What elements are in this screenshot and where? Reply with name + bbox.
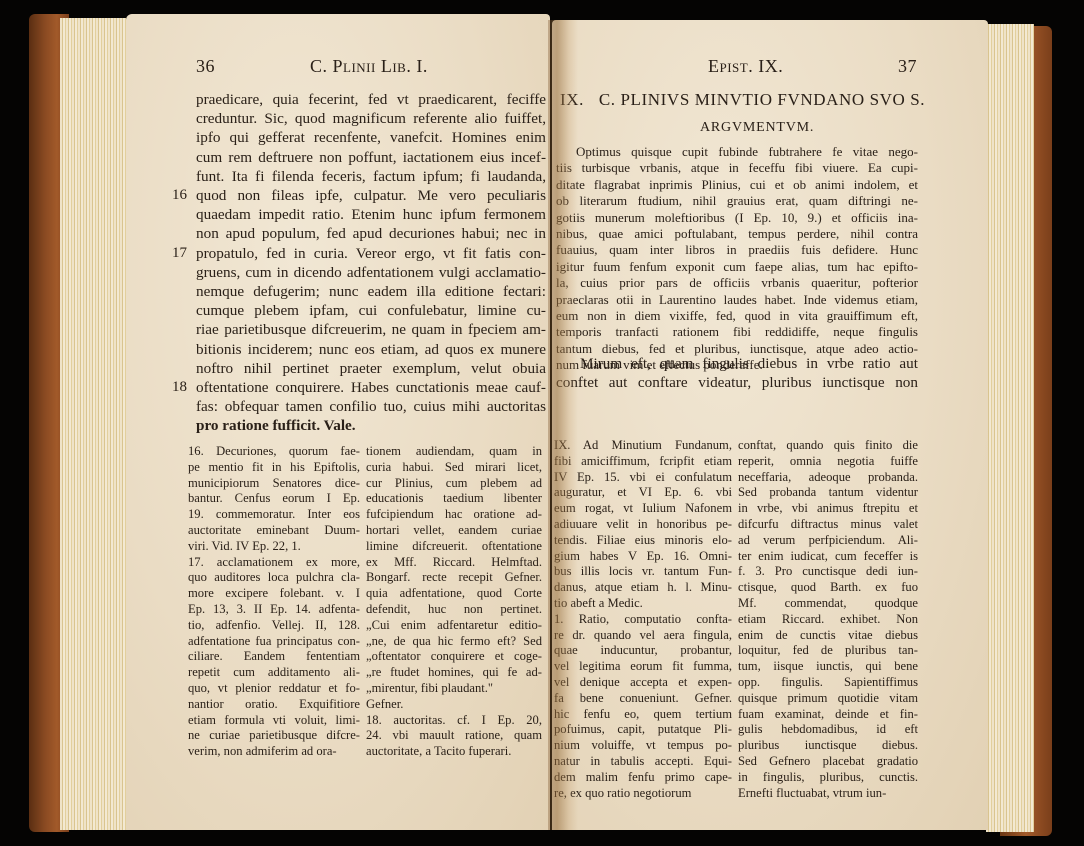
text-line: auguratur, et VI Ep. 6. vbi (554, 485, 732, 501)
text-line: hic fenfu eo, quem tertium (554, 707, 732, 723)
text-line: danus, atque etiam h. l. Minu- (554, 580, 732, 596)
text-line: adiuuare velit in honoribus pe- (554, 517, 732, 533)
right-notes-col1: IX. Ad Minutium Fundanum,fibi amiciffimu… (554, 438, 732, 801)
text-line: quisque primum quotidie vitam (738, 691, 918, 707)
text-line: verim, non admiferim ad ora- (188, 744, 360, 760)
text-line: conftet aut conftare videatur, pluribus … (556, 373, 918, 392)
text-line: dem malim fenfu primo cape- (554, 770, 732, 786)
right-notes-col2: conftat, quando quis finito diereperit, … (738, 438, 918, 801)
text-line: IX. Ad Minutium Fundanum, (554, 438, 732, 454)
text-line: la, cuius prior pars de officiis vrbanis… (556, 275, 918, 291)
text-line: nium voluiffe, vt tempus po- (554, 738, 732, 754)
right-running-head: Epist. IX. (708, 56, 783, 77)
text-line: tum, iisque iunctis, qui bene (738, 659, 918, 675)
text-line: Sed probanda tantum videntur (738, 485, 918, 501)
text-line: ex Mff. Riccard. Helmftad. (366, 555, 542, 571)
text-line: bitionis inciderem; nunc eos etiam, ad q… (196, 340, 546, 359)
text-line: ditate flagrabat inprimis Plinius, cui e… (556, 177, 918, 193)
text-line: igitur fuum fenfum exponit cum faepe ali… (556, 259, 918, 275)
text-line: Ep. 13, 3. II Ep. 14. adfenta- (188, 602, 360, 618)
text-line: tio, adfenfio. Vellej. II, 128. (188, 618, 360, 634)
text-line: bantur. Cenfus eorum I Ep. (188, 491, 360, 507)
text-line: praedicare, quia fecerint, fed vt praedi… (196, 90, 546, 109)
text-line: Bongarf. recte recepit Gefner. (366, 570, 542, 586)
left-notes-col1: 16. Decuriones, quorum fae-pe mentio fit… (188, 444, 360, 760)
text-line: gruens, cum in dicendo adfentationem vul… (196, 263, 546, 282)
text-line: gium habes V Ep. 16. Omni- (554, 549, 732, 565)
text-line: viri. Vid. IV Ep. 22, 1. (188, 539, 360, 555)
text-line: educationis taedium libenter (366, 491, 542, 507)
text-line: quia adfentatione, quod Corte (366, 586, 542, 602)
text-line: etiam Riccard. exhibet. Non (738, 612, 918, 628)
text-line: conftat, quando quis finito die (738, 438, 918, 454)
text-line: funt. Ita fi filenda feceris, factum ipf… (196, 167, 546, 186)
argumentum-heading: ARGVMENTVM. (700, 120, 814, 136)
text-line: gotiis munerum moleftioribus (I Ep. 10, … (556, 210, 918, 226)
text-line: pe mentio fit in his Epiftolis, (188, 460, 360, 476)
text-line: more excipere folebant. v. I (188, 586, 360, 602)
text-line: curia habui. Sed mirari licet, (366, 460, 542, 476)
text-line: re, ex quo ratio negotiorum (554, 786, 732, 802)
text-line: difcurfu diftractus minus valet (738, 517, 918, 533)
right-body-text: Mirum eft, quam fingulis diebus in vrbe … (556, 354, 918, 392)
page-edges-left (60, 18, 126, 830)
text-line: noftro nihil pertinet praeter exemplum, … (196, 359, 546, 378)
text-line: vel legitima eorum fit fumma, (554, 659, 732, 675)
left-page-number: 36 (196, 56, 215, 77)
text-line: municipiorum Senatores dice- (188, 476, 360, 492)
text-line: ipfo qui gefferat recenfente, vanefcit. … (196, 128, 546, 147)
text-line: ob literarum ftudium, nihil grauius erat… (556, 193, 918, 209)
text-line: quae inducuntur, probantur, (554, 643, 732, 659)
text-line: etiam formula vti voluit, limi- (188, 713, 360, 729)
text-line: bus illis locis vr. tantum Fun- (554, 564, 732, 580)
text-line: praeclaras otii in Laurentino laudes hab… (556, 292, 918, 308)
text-line: tio abeft a Medic. (554, 596, 732, 612)
text-line: ctisque, quod Barth. ex fuo (738, 580, 918, 596)
text-line: fuam examinat, deinde et fin- (738, 707, 918, 723)
text-line: 17. acclamationem ex more, (188, 555, 360, 571)
text-line: cum rem deftruere non poffunt, iactation… (196, 148, 546, 167)
text-line: adfentatione fua principatus con- (188, 634, 360, 650)
text-line: ciliare. Eandem fententiam (188, 649, 360, 665)
text-line: IV Ep. 15. vbi ei confulatum (554, 470, 732, 486)
text-line: creduntur. Sic, quod magnificum referent… (196, 109, 546, 128)
book-gutter-shadow (548, 20, 578, 830)
text-line: Mf. commendat, quodque (738, 596, 918, 612)
text-line: 16. Decuriones, quorum fae- (188, 444, 360, 460)
text-line: auctoritate eminebant Duum- (188, 523, 360, 539)
text-line: fas: obfequar tamen confilio tuo, cuius … (196, 397, 546, 416)
text-line: riae parietibusque difcreuerim, ne quam … (196, 320, 546, 339)
text-line: vel denique accepta et expen- (554, 675, 732, 691)
text-line: „re ftudet homines, qui fe ad- (366, 665, 542, 681)
text-line: re dr. quando vel aera fingula, (554, 628, 732, 644)
text-line: cumque plebem ipfam, cui confulebatur, l… (196, 301, 546, 320)
text-line: Mirum eft, quam fingulis diebus in vrbe … (556, 354, 918, 373)
text-line: in vrbe, vbi animus ftrepitu et (738, 501, 918, 517)
text-line: in fingulis, pluribus, cunctis. (738, 770, 918, 786)
text-line: pro ratione fufficit. Vale. (196, 416, 546, 435)
text-line: 18. auctoritas. cf. I Ep. 20, (366, 713, 542, 729)
margin-section-number: 16 (172, 186, 187, 205)
text-line: hortari vellet, eandem curiae (366, 523, 542, 539)
text-line: „mirentur, fibi plaudant." (366, 681, 542, 697)
text-line: fibi amiciffimum, fcripfit etiam (554, 454, 732, 470)
text-line: non apud populum, fed apud decuriones ha… (196, 224, 546, 243)
text-line: pofuimus, capit, putatque Pli- (554, 722, 732, 738)
letter-title: C. PLINIVS MINVTIO FVNDANO SVO S. (599, 90, 925, 109)
text-line: nantior oratio. Exquifitiore (188, 697, 360, 713)
left-page: 36 C. Plinii Lib. I. praedicare, quia fe… (126, 14, 550, 830)
text-line: reperit, omnia negotia fuiffe (738, 454, 918, 470)
text-line: enim de cunctis vitae diebus (738, 628, 918, 644)
text-line: ter enim iudicat, cum feceffer is (738, 549, 918, 565)
page-edges-right (986, 24, 1034, 832)
text-line: 19. commemoratur. Inter eos (188, 507, 360, 523)
text-line: defendit, huc non pertinet. (366, 602, 542, 618)
text-line: tendis. Filiae eius minoris elo- (554, 533, 732, 549)
text-line: nemque defugerim; nunc eadem illa editio… (196, 282, 546, 301)
text-line: tiis turbisque vrbanis, atque in feceffu… (556, 160, 918, 176)
text-line: fufcipiendum hac oratione ad- (366, 507, 542, 523)
text-line: Optimus quisque cupit fubinde fubtrahere… (556, 144, 918, 160)
text-line: 18oftentatione conquirere. Habes cunctat… (196, 378, 546, 397)
text-line: ne curiae parietibusque difcre- (188, 728, 360, 744)
argumentum-text: Optimus quisque cupit fubinde fubtrahere… (556, 144, 918, 374)
text-line: repetit cum additamento ali- (188, 665, 360, 681)
left-running-head: C. Plinii Lib. I. (310, 56, 428, 77)
text-line: „oftentator conquirere et coge- (366, 649, 542, 665)
text-line: quo auditores loca pulchra cla- (188, 570, 360, 586)
text-line: limine difcreuerit. oftentatione (366, 539, 542, 555)
text-line: quo, vt plenior reddatur et fo- (188, 681, 360, 697)
text-line: 16quod non fileas ipfe, culpatur. Me ver… (196, 186, 546, 205)
margin-section-number: 17 (172, 244, 187, 263)
text-line: gulis hebdomadibus, id eft (738, 722, 918, 738)
text-line: 17propatulo, fed in curia. Vereor ergo, … (196, 244, 546, 263)
text-line: „ne, de qua hic fermo eft? Sed (366, 634, 542, 650)
text-line: cur Plinius, cum plebem ad (366, 476, 542, 492)
text-line: 1. Ratio, computatio confta- (554, 612, 732, 628)
text-line: eum non in diem vixiffe, fed, quod in vi… (556, 308, 918, 324)
letter-heading: IX. C. PLINIVS MINVTIO FVNDANO SVO S. (560, 90, 925, 110)
text-line: nibus, quae amici poftulabant, tempus pe… (556, 226, 918, 242)
text-line: „Cui enim adfentaretur editio- (366, 618, 542, 634)
margin-section-number: 18 (172, 378, 187, 397)
text-line: auctoritate, a Tacito fuperari. (366, 744, 542, 760)
text-line: 24. vbi mauult ratione, quam (366, 728, 542, 744)
left-notes-col2: tionem audiendam, quam incuria habui. Se… (366, 444, 542, 760)
text-line: fa bene conueniunt. Gefner. (554, 691, 732, 707)
text-line: ad verum perfpiciendum. Ali- (738, 533, 918, 549)
text-line: pluribus iunctisque diebus. (738, 738, 918, 754)
text-line: loquitur, fed de pluribus tan- (738, 643, 918, 659)
text-line: tionem audiendam, quam in (366, 444, 542, 460)
text-line: quaedam impedit ratio. Etenim hunc ipfum… (196, 205, 546, 224)
text-line: temporis tranfacti rationem fibi reddidi… (556, 324, 918, 340)
text-line: f. 3. Pro cunctisque dedi iun- (738, 564, 918, 580)
left-body-text: praedicare, quia fecerint, fed vt praedi… (196, 90, 546, 436)
text-line: fuauius, quam inter libros in praediis f… (556, 242, 918, 258)
text-line: neceffaria, adeoque probanda. (738, 470, 918, 486)
text-line: opp. fingulis. Sapientiffimus (738, 675, 918, 691)
right-page: Epist. IX. 37 IX. C. PLINIVS MINVTIO FVN… (552, 20, 988, 830)
text-line: Gefner. (366, 697, 542, 713)
right-page-number: 37 (898, 56, 917, 77)
text-line: eum rogat, vt Iulium Nafonem (554, 501, 732, 517)
text-line: natur in tabulis accepti. Equi- (554, 754, 732, 770)
text-line: Sed Gefnero placebat gradatio (738, 754, 918, 770)
text-line: Ernefti fluctuabat, vtrum iun- (738, 786, 918, 802)
